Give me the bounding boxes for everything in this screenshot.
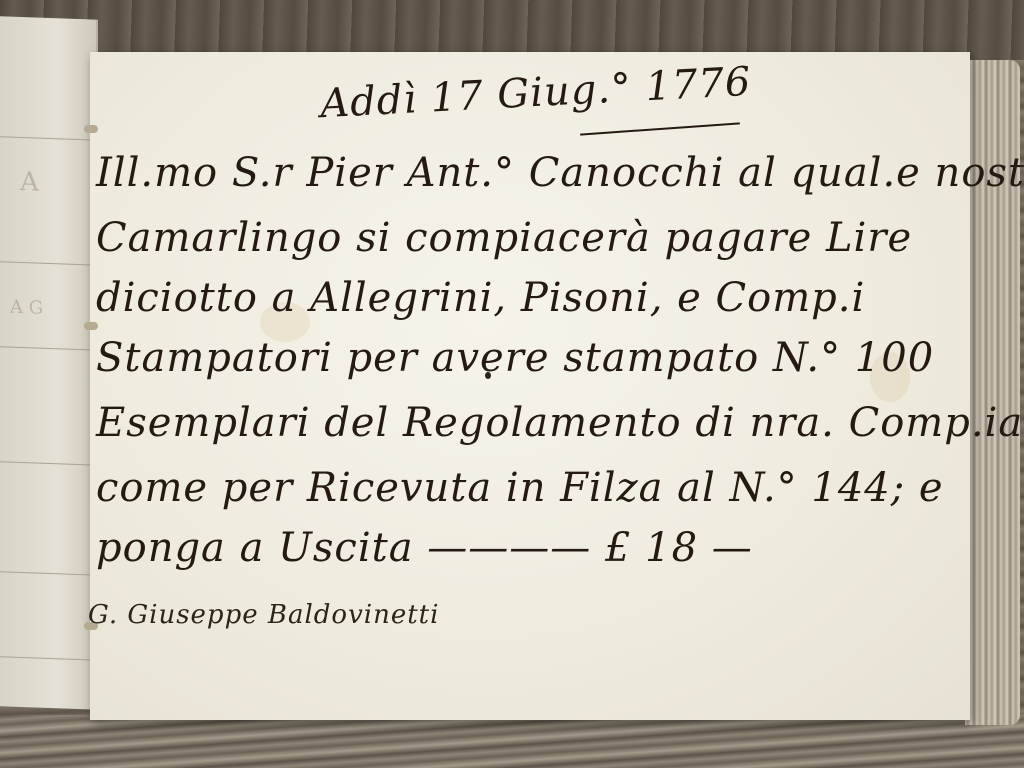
manuscript-line: Ill.mo S.r Pier Ant.° Canocchi al qual.e… <box>96 150 1024 196</box>
wooden-table-bottom <box>0 715 1024 768</box>
faint-mark: A G <box>10 297 43 319</box>
wooden-table-top <box>0 0 1024 60</box>
left-facing-page: A A G <box>0 16 98 709</box>
ruled-line <box>0 571 96 575</box>
faint-mark: A <box>20 167 39 198</box>
ink-blot <box>485 372 491 379</box>
ruled-line <box>0 461 96 465</box>
binding-stitch <box>84 322 98 330</box>
photo-scene: A A G Addì 17 Giug.° 1776 Ill.mo S.r Pie… <box>0 0 1024 768</box>
manuscript-line: Camarlingo si compiacerà pagare Lire <box>96 215 912 261</box>
ruled-line <box>0 656 96 660</box>
binding-stitch <box>84 125 98 133</box>
manuscript-line: diciotto a Allegrini, Pisoni, e Comp.i <box>96 275 865 321</box>
ruled-line <box>0 261 96 265</box>
signature: G. Giuseppe Baldovinetti <box>88 600 439 630</box>
manuscript-line: Esemplari del Regolamento di nra. Comp.i… <box>96 400 1023 446</box>
manuscript-line: Stampatori per avere stampato N.° 100 <box>96 335 934 381</box>
ruled-line <box>0 346 96 350</box>
manuscript-line: ponga a Uscita ———— £ 18 — <box>96 525 753 571</box>
manuscript-line: come per Ricevuta in Filza al N.° 144; e <box>96 465 944 511</box>
ruled-line <box>0 136 96 140</box>
